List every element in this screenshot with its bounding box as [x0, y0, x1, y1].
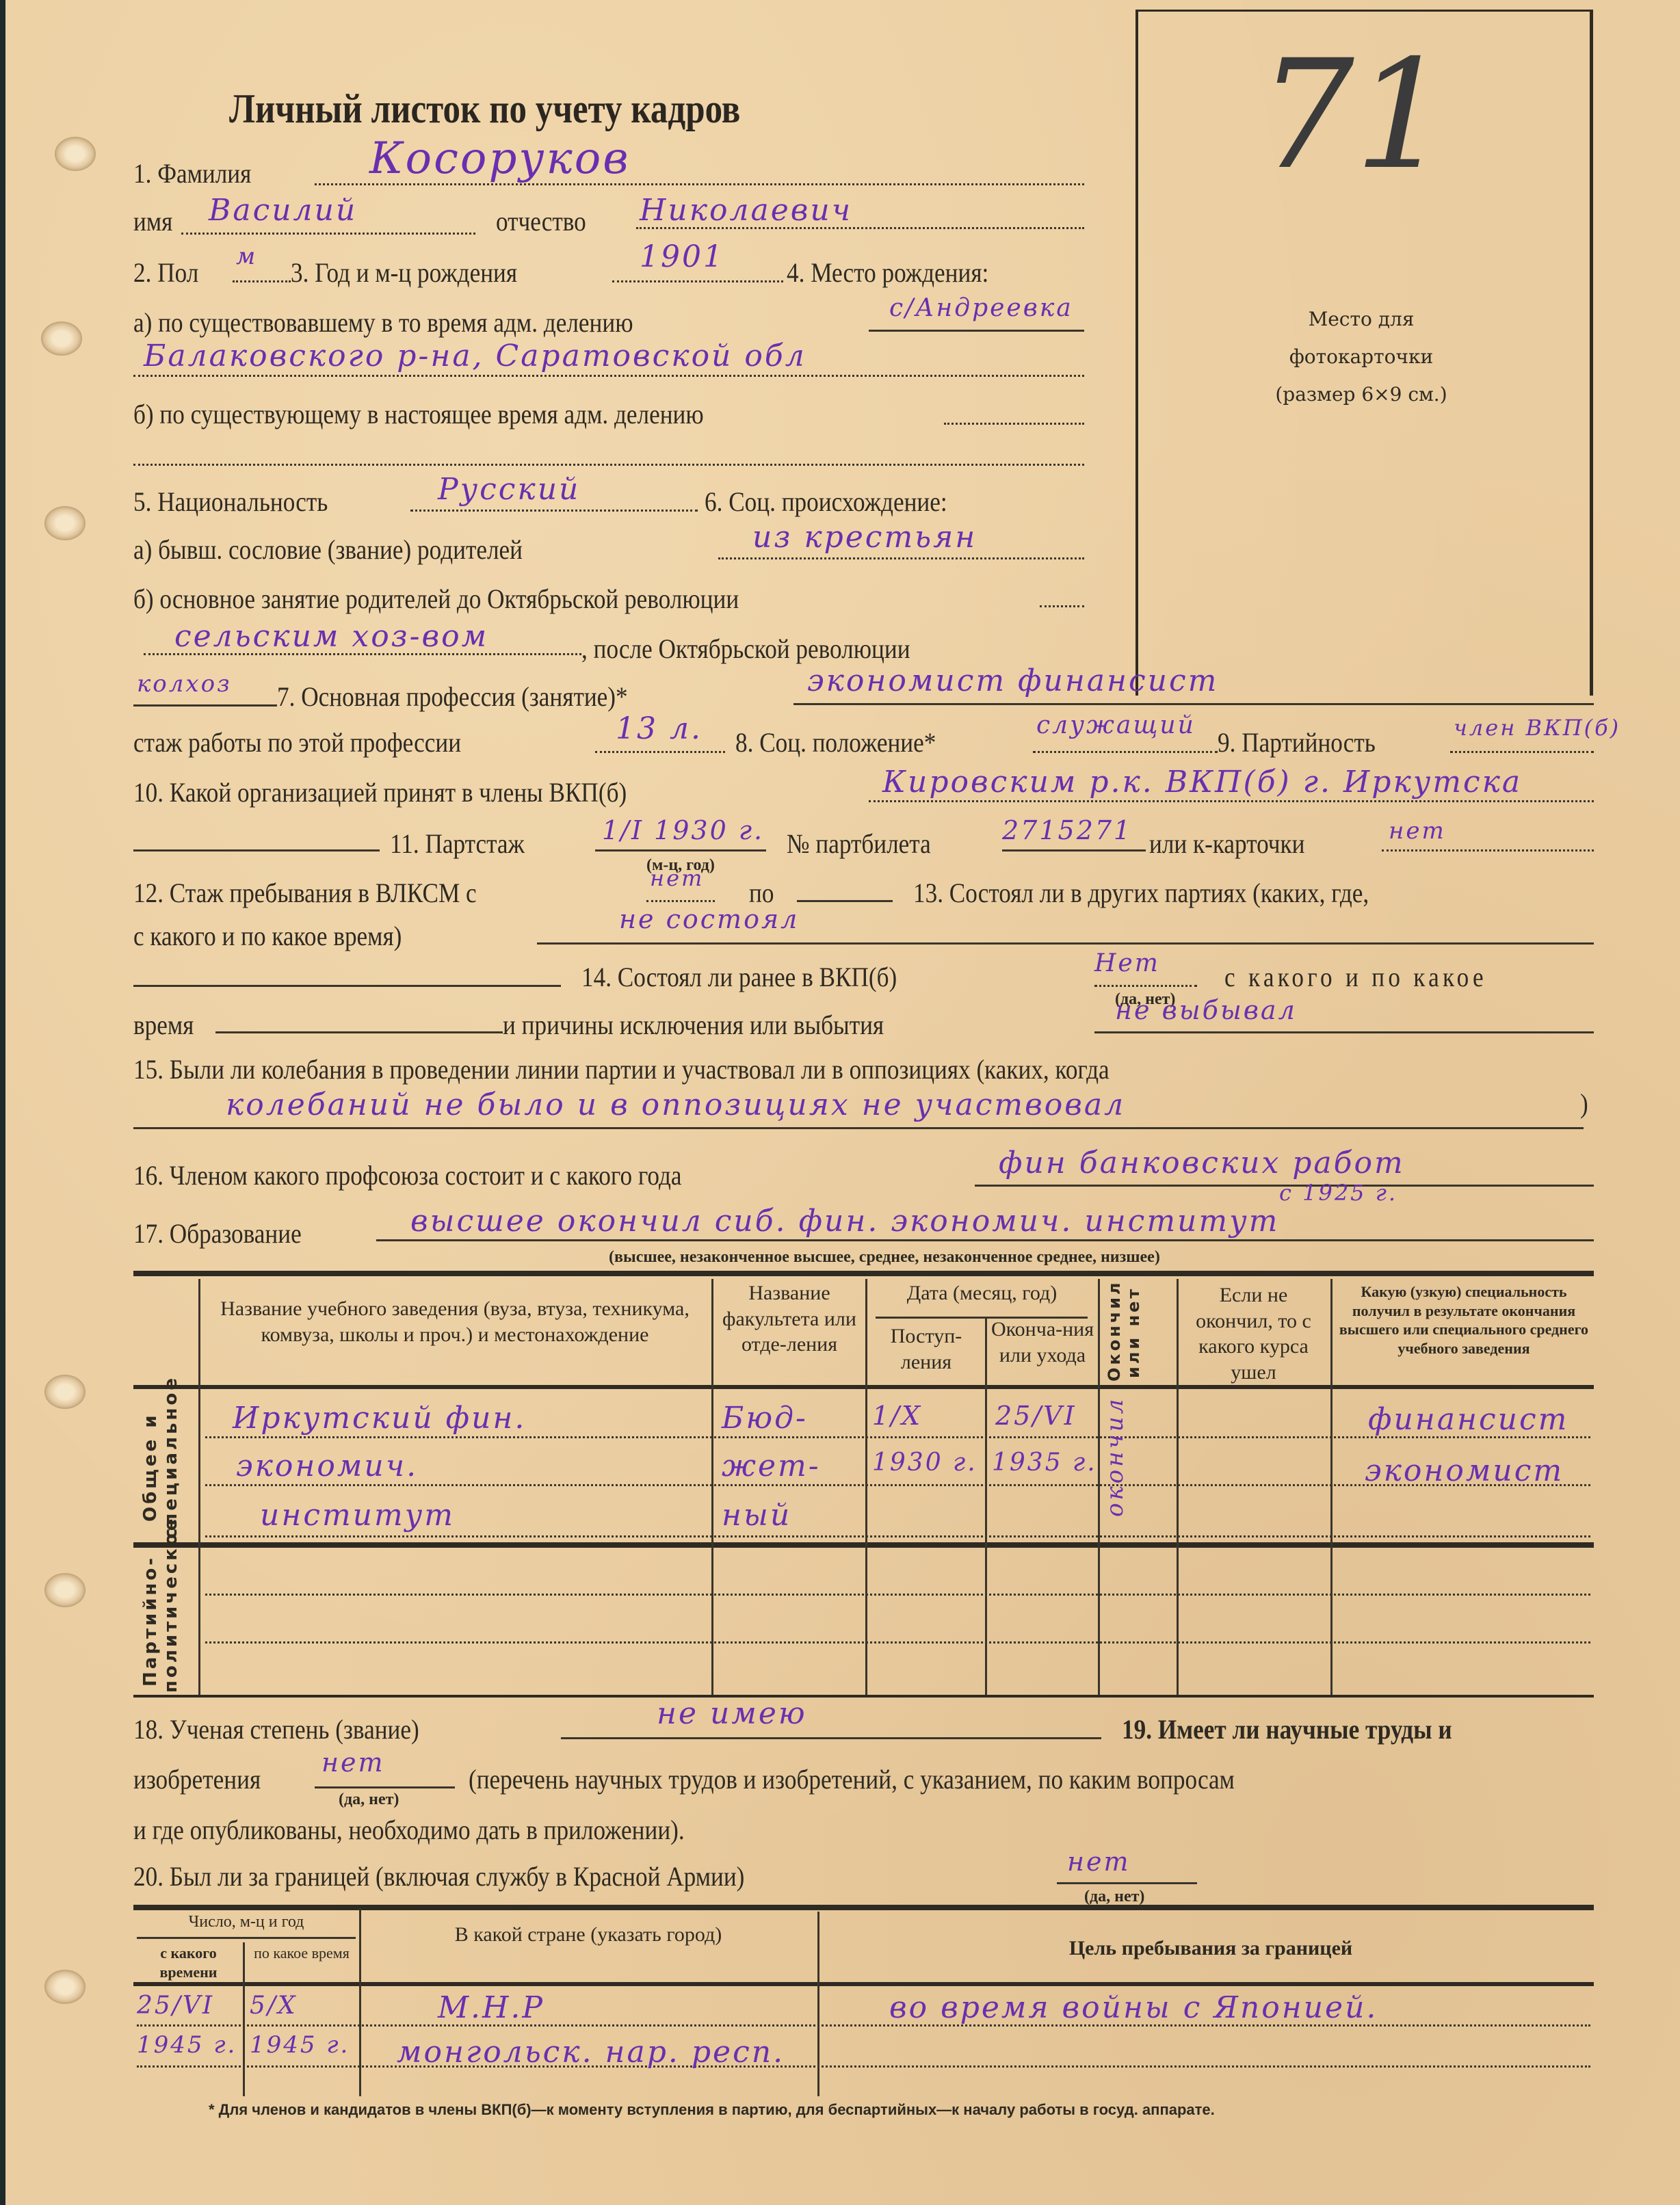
birthplace-old-line-2 — [133, 375, 1084, 377]
admitted-by-label: 10. Какой организацией принят в члены ВК… — [133, 776, 627, 808]
prior-party-after-label: с какого и по какое — [1224, 961, 1487, 993]
parents-occupation-label: б) основное занятие родителей до Октябрь… — [133, 583, 739, 615]
table-divider — [1177, 1279, 1179, 1695]
trade-union-year: с 1925 г. — [1279, 1180, 1397, 1206]
education-hint: (высшее, незаконченное высшее, среднее, … — [609, 1248, 1160, 1267]
komsomol-from-value: нет — [650, 865, 704, 891]
work-experience-line — [595, 751, 725, 753]
birthplace-old-line — [869, 330, 1084, 332]
birthplace-new-label: б) по существующему в настоящее время ад… — [133, 398, 704, 430]
scan-edge — [0, 0, 5, 2205]
estate-line — [718, 557, 1084, 559]
date-group-rule — [137, 1937, 356, 1939]
komsomol-label: 12. Стаж пребывания в ВЛКСМ с — [133, 877, 477, 909]
abroad-from-year: 1945 г. — [137, 2031, 237, 2059]
party-tenure-value: 1/I 1930 г. — [602, 815, 764, 845]
prior-party-line — [1094, 985, 1197, 987]
inventions-label: изобретения — [133, 1763, 261, 1795]
specialty-line-2: экономист — [1365, 1453, 1564, 1488]
punch-hole — [44, 1375, 86, 1409]
table-divider — [1098, 1279, 1100, 1695]
punch-hole — [55, 137, 96, 171]
period-label: время — [133, 1009, 194, 1041]
social-status-line — [1033, 751, 1218, 753]
exclusion-reason-value: не выбывал — [1115, 995, 1297, 1025]
parents-occupation-line — [1040, 605, 1084, 607]
abroad-col-country: В какой стране (указать город) — [438, 1922, 739, 1948]
other-parties-line — [537, 942, 1594, 945]
photo-label-2: фотокарточки — [1136, 345, 1587, 368]
table-divider — [711, 1279, 713, 1695]
pencil-mark: 71 — [1259, 27, 1450, 202]
profession-line — [793, 703, 1594, 705]
education-line — [376, 1239, 1594, 1241]
candidate-card-line — [1382, 849, 1594, 851]
row-line — [205, 1594, 1590, 1596]
enrolled-date: 1/X — [872, 1401, 922, 1431]
opposition-close: ) — [1580, 1087, 1588, 1120]
social-status-value: служащий — [1036, 711, 1196, 739]
opposition-value: колебаний не было и в оппозициях не учас… — [226, 1087, 1125, 1122]
faculty-line-2: жет- — [722, 1449, 821, 1483]
institution-line-3: институт — [260, 1498, 455, 1533]
name-line — [181, 233, 475, 235]
birthplace-old-label: а) по существовавшему в то время адм. де… — [133, 306, 633, 339]
opposition-line — [133, 1127, 1584, 1129]
works-note-2: и где опубликованы, необходимо дать в пр… — [133, 1814, 685, 1846]
period-line — [215, 1031, 503, 1033]
section-party-political: Партийно-политическое — [140, 1549, 195, 1693]
sex-line — [233, 280, 291, 282]
prior-party-value: Нет — [1094, 949, 1160, 977]
trade-union-value: фин банковских работ — [999, 1146, 1405, 1180]
exclusion-reason-label: и причины исключения или выбытия — [503, 1009, 884, 1041]
work-experience-label: стаж работы по этой профессии — [133, 726, 461, 758]
abroad-col-from: с какого времени — [135, 1944, 241, 1981]
row-line — [205, 1641, 1590, 1643]
abroad-purpose: во время войны с Японией. — [889, 1990, 1378, 2025]
other-parties-value: не состоял — [619, 904, 799, 934]
faculty-line-1: Бюд- — [722, 1401, 808, 1436]
party-membership-line — [1450, 751, 1594, 753]
works-note: (перечень научных трудов и изобретений, … — [469, 1763, 1235, 1795]
degree-value: не имею — [657, 1696, 807, 1731]
party-tenure-label: 11. Партстаж — [390, 828, 525, 860]
works-label: 19. Имеет ли научные труды и — [1122, 1713, 1452, 1745]
table-header-rule — [133, 1385, 1594, 1389]
completed-value: окончил — [1101, 1388, 1170, 1525]
specialty-line-1: финансист — [1368, 1402, 1569, 1437]
abroad-country-2: монгольск. нар. респ. — [397, 2035, 785, 2070]
education-value: высшее окончил сиб. фин. экономич. инсти… — [410, 1204, 1279, 1239]
estate-label: а) бывш. сословие (звание) родителей — [133, 533, 523, 566]
birthplace-new-line — [944, 423, 1084, 425]
party-card-label: № партбилета — [787, 828, 931, 860]
work-experience-value: 13 л. — [616, 711, 703, 746]
abroad-to-date: 5/X — [250, 1992, 298, 2020]
inventions-hint: (да, нет) — [339, 1791, 399, 1809]
table-divider — [1330, 1279, 1333, 1695]
punch-hole — [41, 321, 82, 356]
col-enrolled: Поступ-ления — [869, 1323, 984, 1375]
prior-party-label: 14. Состоял ли ранее в ВКП(б) — [581, 961, 897, 993]
table-divider — [359, 1908, 361, 2096]
abroad-to-year: 1945 г. — [250, 2031, 350, 2059]
birthplace-label: 4. Место рождения: — [787, 256, 988, 289]
table-divider — [865, 1279, 867, 1695]
abroad-table-header-rule — [133, 1982, 1594, 1986]
other-parties-label-2: с какого и по какое время) — [133, 920, 402, 952]
abroad-label: 20. Был ли за границей (включая службу в… — [133, 1860, 744, 1892]
table-divider — [817, 1912, 819, 2096]
after-revolution-line — [133, 704, 277, 707]
surname-label: 1. Фамилия — [133, 157, 251, 189]
finished-date: 25/VI — [995, 1401, 1077, 1431]
after-revolution-value: колхоз — [137, 670, 232, 698]
table-divider — [985, 1317, 987, 1695]
punch-hole — [44, 506, 86, 540]
table-bottom-rule — [133, 1695, 1594, 1698]
blank-line — [133, 849, 380, 851]
candidate-card-label: или к-карточки — [1149, 828, 1304, 860]
nationality-line — [410, 510, 698, 512]
party-card-line — [1002, 849, 1146, 851]
profession-label: 7. Основная профессия (занятие)* — [277, 681, 628, 713]
sex-value: м — [236, 243, 257, 270]
row-line — [137, 2065, 1590, 2068]
abroad-hint: (да, нет) — [1084, 1888, 1144, 1906]
document-sheet: 71 Место для фотокарточки (размер 6×9 см… — [0, 0, 1680, 2205]
nationality-value: Русский — [438, 472, 580, 507]
parents-occupation-value: сельским хоз-вом — [174, 619, 488, 654]
table-top-rule — [133, 1271, 1594, 1276]
col-finished: Оконча-ния или ухода — [988, 1317, 1097, 1368]
birth-year-label: 3. Год и м-ц рождения — [291, 256, 517, 289]
abroad-col-purpose: Цель пребывания за границей — [828, 1936, 1594, 1962]
nationality-label: 5. Национальность — [133, 486, 328, 518]
birthplace-old-value-2: Балаковского р-на, Саратовской обл — [144, 339, 806, 373]
col-date-group: Дата (месяц, год) — [867, 1280, 1097, 1306]
document-title: Личный листок по учету кадров — [229, 85, 740, 133]
profession-value: экономист финансист — [807, 663, 1218, 698]
patronymic-label: отчество — [496, 205, 586, 237]
name-label: имя — [133, 205, 172, 237]
col-if-not: Если не окончил, то с какого курса ушел — [1180, 1282, 1327, 1385]
col-completed: Окончил или нет — [1105, 1282, 1170, 1382]
admitted-by-line — [869, 800, 1594, 802]
komsomol-to-line — [797, 900, 893, 902]
footnote: * Для членов и кандидатов в члены ВКП(б)… — [209, 2101, 1215, 2119]
exclusion-reason-line — [1094, 1031, 1594, 1033]
party-membership-value: член ВКП(б) — [1454, 715, 1620, 741]
col-institution: Название учебного заведения (вуза, втуза… — [205, 1296, 705, 1347]
inventions-line — [315, 1786, 455, 1788]
opposition-label: 15. Были ли колебания в проведении линии… — [133, 1053, 1110, 1085]
trade-union-label: 16. Членом какого профсоюза состоит и с … — [133, 1159, 682, 1191]
abroad-country-1: М.Н.Р — [438, 1990, 544, 2025]
candidate-card-value: нет — [1389, 817, 1446, 845]
enrolled-year: 1930 г. — [872, 1449, 977, 1477]
finished-year: 1935 г. — [992, 1449, 1097, 1477]
education-label: 17. Образование — [133, 1217, 302, 1250]
table-section-rule — [133, 1542, 1594, 1548]
table-divider — [198, 1279, 200, 1695]
degree-label: 18. Ученая степень (звание) — [133, 1713, 419, 1745]
abroad-col-to: по какое время — [246, 1944, 357, 1963]
admitted-by-value: Кировским р.к. ВКП(б) г. Иркутска — [882, 765, 1522, 800]
birthplace-old-value-1: с/Андреевка — [889, 294, 1073, 322]
surname-value: Косоруков — [369, 133, 631, 184]
table-divider — [243, 1942, 245, 2096]
komsomol-from-line — [646, 900, 715, 902]
photo-label-3: (размер 6×9 см.) — [1136, 383, 1587, 406]
party-card-value: 2715271 — [1002, 815, 1132, 845]
col-specialty: Какую (узкую) специальность получил в ре… — [1334, 1282, 1594, 1358]
abroad-value: нет — [1067, 1847, 1131, 1877]
abroad-from-date: 25/VI — [137, 1992, 214, 2020]
estate-value: из крестьян — [752, 520, 977, 555]
birthplace-new-line-2 — [133, 464, 1084, 466]
other-parties-label: 13. Состоял ли в других партиях (каких, … — [913, 877, 1369, 909]
abroad-table-top-rule — [133, 1905, 1594, 1910]
patronymic-value: Николаевич — [640, 193, 852, 228]
party-tenure-line — [595, 849, 766, 851]
photo-label-1: Место для — [1136, 308, 1587, 330]
after-revolution-label: , после Октябрьской революции — [581, 633, 910, 665]
institution-line-2: экономич. — [236, 1449, 418, 1483]
abroad-col-date-group: Число, м-ц и год — [137, 1912, 356, 1932]
social-origin-label: 6. Соц. происхождение: — [705, 486, 947, 518]
inventions-value: нет — [321, 1747, 385, 1778]
sex-label: 2. Пол — [133, 256, 198, 289]
name-value: Василий — [209, 193, 357, 228]
degree-line — [561, 1737, 1101, 1739]
social-status-label: 8. Соц. положение* — [735, 726, 936, 758]
party-membership-label: 9. Партийность — [1218, 726, 1376, 758]
birth-year-line — [612, 280, 783, 282]
faculty-line-3: ный — [722, 1498, 791, 1533]
institution-line-1: Иркутский фин. — [233, 1401, 526, 1436]
col-faculty: Название факультета или отде-ления — [717, 1280, 862, 1358]
punch-hole — [44, 1970, 86, 2004]
row-line — [205, 1535, 1590, 1537]
punch-hole — [44, 1573, 86, 1607]
blank-line — [133, 985, 561, 987]
birth-year-value: 1901 — [640, 239, 724, 274]
abroad-line — [1057, 1882, 1197, 1884]
